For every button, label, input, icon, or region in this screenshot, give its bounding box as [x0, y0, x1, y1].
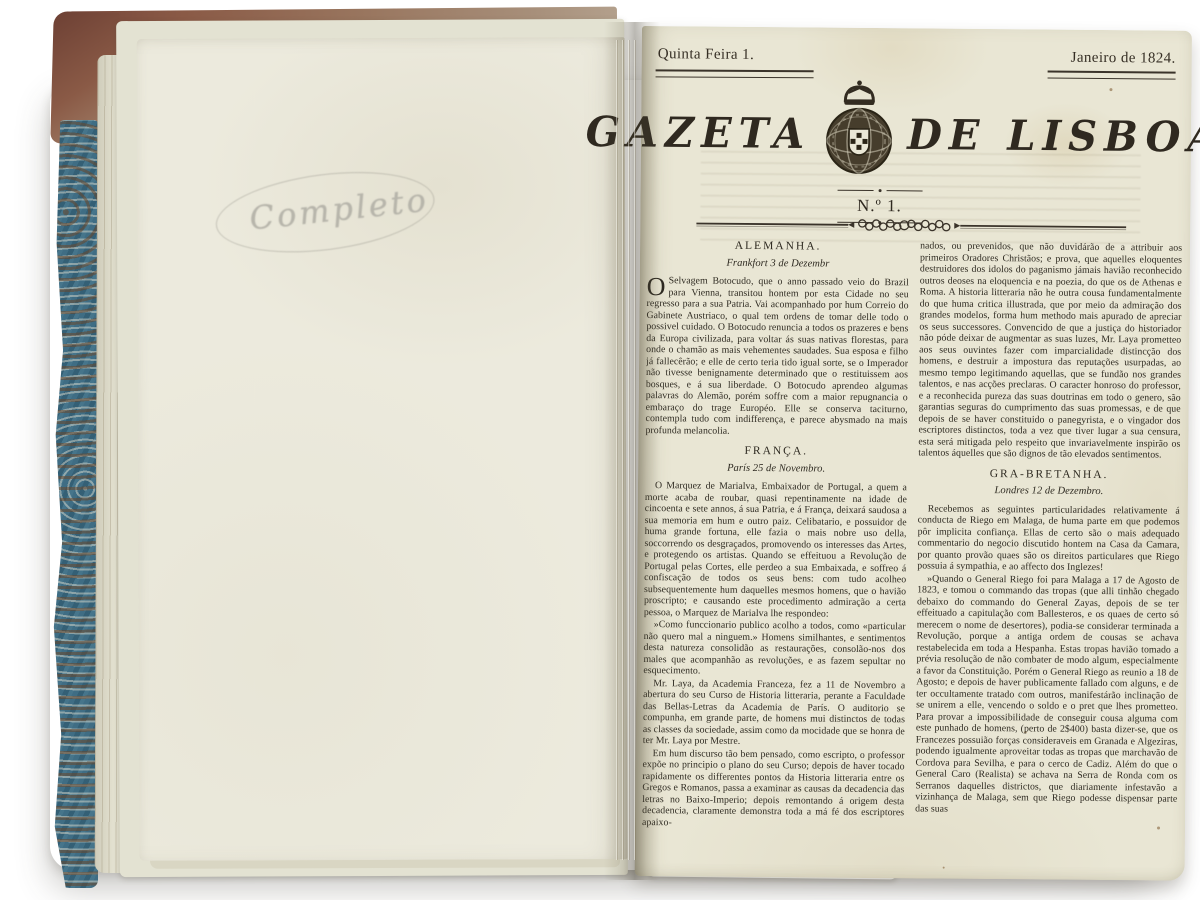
section-heading-franca: FRANÇA. — [645, 445, 907, 459]
royal-arms-icon — [823, 78, 896, 184]
paragraph: Mr. Laya, da Academia Franceza, fez a 11… — [643, 678, 906, 749]
paragraph: OSelvagem Botocudo, que o anno passado v… — [645, 275, 908, 438]
section-heading-alemanha: ALEMANHA. — [647, 240, 909, 254]
section-dateline-frankfort: Frankfort 3 de Dezembr — [647, 257, 909, 271]
weekday-dateline: Quinta Feira 1. — [658, 46, 755, 64]
masthead-title-right: DE LISBOA. — [907, 110, 1200, 162]
paragraph: Em hum discurso tão bem pensado, como es… — [642, 748, 905, 831]
masthead-title-left: GAZETA — [586, 107, 812, 158]
section-heading-gra-bretanha: GRA-BRETANHA. — [918, 468, 1180, 482]
section-dateline-londres: Londres 12 de Dezembro. — [918, 484, 1180, 498]
issue-dateline: Janeiro de 1824. — [1071, 50, 1176, 68]
newspaper-page: Quinta Feira 1. Janeiro de 1824. GAZETA — [635, 26, 1192, 881]
paragraph: »Quando o General Riego foi para Malaga … — [915, 573, 1179, 817]
masthead: GAZETA — [641, 80, 1192, 189]
paragraph: nados, ou prevenidos, que não duvidárão … — [918, 240, 1182, 461]
double-rule — [656, 69, 814, 78]
paragraph: Recebemos as seguintes particularidades … — [917, 503, 1180, 574]
ornament-divider — [696, 216, 1126, 239]
column-right: nados, ou prevenidos, que não duvidárão … — [915, 238, 1183, 874]
paragraph-text: Selvagem Botocudo, que o anno passado ve… — [645, 275, 908, 436]
paragraph: »Como funccionario publico acolho a todo… — [643, 619, 905, 679]
drop-cap: O — [647, 275, 669, 297]
column-left: ALEMANHA. Frankfort 3 de Dezembr OSelvag… — [642, 236, 910, 872]
double-rule — [1048, 71, 1176, 80]
section-dateline-paris: París 25 de Novembro. — [645, 462, 907, 476]
text-columns: ALEMANHA. Frankfort 3 de Dezembr OSelvag… — [642, 236, 1184, 875]
paragraph: O Marquez de Marialva, Embaixador de Por… — [644, 480, 907, 620]
issue-number: N.º 1. — [640, 194, 1118, 218]
left-blank-page: Completo — [137, 37, 628, 861]
